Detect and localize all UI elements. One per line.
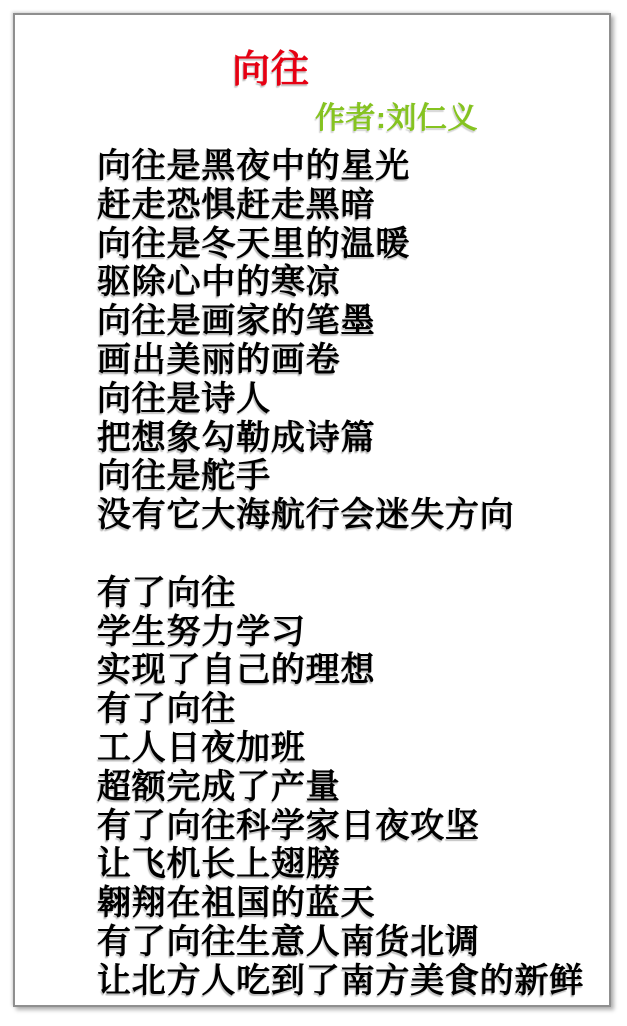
poem-line: 画出美丽的画卷 <box>97 341 584 380</box>
poem-title: 向往 <box>232 51 310 89</box>
poem-line: 超额完成了产量 <box>97 768 584 807</box>
poem-line: 向往是诗人 <box>97 380 584 419</box>
poem-page-frame: 向往 作者:刘仁义 向往是黑夜中的星光赶走恐惧赶走黑暗向往是冬天里的温暖驱除心中… <box>13 13 611 1007</box>
poem-line: 向往是画家的笔墨 <box>97 302 584 341</box>
poem-line: 有了向往 <box>97 690 584 729</box>
poem-line: 把想象勾勒成诗篇 <box>97 419 584 458</box>
poem-line: 没有它大海航行会迷失方向 <box>97 496 584 535</box>
poem-line: 向往是冬天里的温暖 <box>97 225 584 264</box>
poem-line: 有了向往科学家日夜攻坚 <box>97 807 584 846</box>
poem-line: 有了向往 <box>97 574 584 613</box>
poem-line: 赶走恐惧赶走黑暗 <box>97 186 584 225</box>
poem-line: 学生努力学习 <box>97 613 584 652</box>
poem-body: 向往是黑夜中的星光赶走恐惧赶走黑暗向往是冬天里的温暖驱除心中的寒凉向往是画家的笔… <box>97 147 584 1001</box>
poem-line: 向往是黑夜中的星光 <box>97 147 584 186</box>
poem-line: 驱除心中的寒凉 <box>97 263 584 302</box>
poem-line: 工人日夜加班 <box>97 729 584 768</box>
poem-line: 让飞机长上翅膀 <box>97 845 584 884</box>
poem-line: 让北方人吃到了南方美食的新鲜 <box>97 962 584 1001</box>
poem-line: 翱翔在祖国的蓝天 <box>97 884 584 923</box>
poem-line: 有了向往生意人南货北调 <box>97 923 584 962</box>
stanza-break <box>97 535 584 574</box>
poem-line: 向往是舵手 <box>97 457 584 496</box>
poem-author: 作者:刘仁义 <box>315 101 478 136</box>
poem-line: 实现了自己的理想 <box>97 651 584 690</box>
